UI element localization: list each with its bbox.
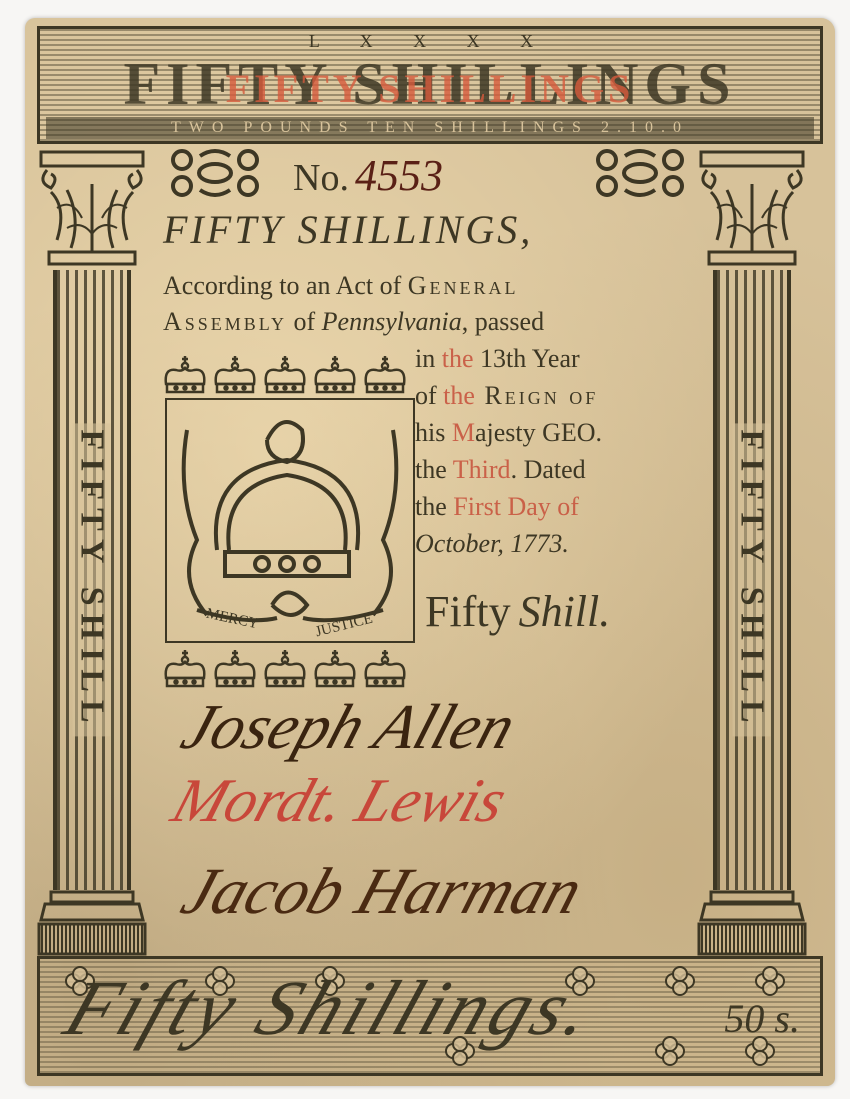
svg-text:JUSTICE: JUSTICE xyxy=(314,611,374,641)
crown-row-top xyxy=(162,354,408,396)
lion-cartouche-icon: MERCY JUSTICE xyxy=(167,400,413,641)
crown-row-bottom xyxy=(162,648,408,690)
bottom-banner: Fifty Shillings. 50 s. xyxy=(37,956,823,1076)
corinthian-capital-icon xyxy=(37,148,147,266)
fluted-shaft: FIFTY SHILL xyxy=(53,270,131,890)
crown-icon xyxy=(162,354,208,396)
legal-text-top: According to an Act of General Assembly … xyxy=(163,268,703,340)
crown-icon xyxy=(212,648,258,690)
fluted-shaft: FIFTY SHILL xyxy=(713,270,791,890)
rosette-ornament-icon xyxy=(160,146,270,201)
rosette-ornament-icon xyxy=(585,146,695,201)
crown-icon xyxy=(362,354,408,396)
right-column: FIFTY SHILL xyxy=(697,148,807,958)
corinthian-capital-icon xyxy=(697,148,807,266)
legal-text-side: in the 13th Year of the Reign of his Maj… xyxy=(415,340,705,562)
crown-icon xyxy=(162,648,208,690)
column-base-icon xyxy=(37,890,147,958)
coat-of-arms-emblem: MERCY JUSTICE xyxy=(165,398,415,643)
crown-icon xyxy=(262,354,308,396)
red-overprint: FIFTY SHILLINGS xyxy=(40,69,820,109)
top-banner: L X X X X FIFTY SHILLINGS FIFTY SHILLING… xyxy=(37,26,823,144)
bottom-denomination-script: Fifty Shillings. xyxy=(54,963,610,1053)
left-column: FIFTY SHILL xyxy=(37,148,147,958)
denomination-heading: FIFTY SHILLINGS, xyxy=(163,206,533,253)
svg-text:MERCY: MERCY xyxy=(205,606,261,633)
roman-numerals: L X X X X xyxy=(40,31,820,52)
signature-mordecai-lewis: Mordt. Lewis xyxy=(163,766,514,837)
crown-icon xyxy=(312,648,358,690)
column-legend: FIFTY SHILL xyxy=(733,423,771,736)
crown-icon xyxy=(312,354,358,396)
banner-subtitle: TWO POUNDS TEN SHILLINGS 2.10.0 xyxy=(46,117,814,139)
serial-value: 4553 xyxy=(355,151,443,200)
serial-number: No.4553 xyxy=(293,150,443,201)
denomination-short: FiftyShill. xyxy=(425,586,610,637)
bottom-value: 50 s. xyxy=(724,995,800,1042)
column-legend: FIFTY SHILL xyxy=(73,423,111,736)
crown-icon xyxy=(362,648,408,690)
signature-joseph-allen: Joseph Allen xyxy=(173,690,525,764)
serial-prefix: No. xyxy=(293,157,349,199)
signature-jacob-harman: Jacob Harman xyxy=(173,854,592,930)
crown-icon xyxy=(262,648,308,690)
crown-icon xyxy=(212,354,258,396)
banknote: L X X X X FIFTY SHILLINGS FIFTY SHILLING… xyxy=(25,18,835,1086)
column-base-icon xyxy=(697,890,807,958)
